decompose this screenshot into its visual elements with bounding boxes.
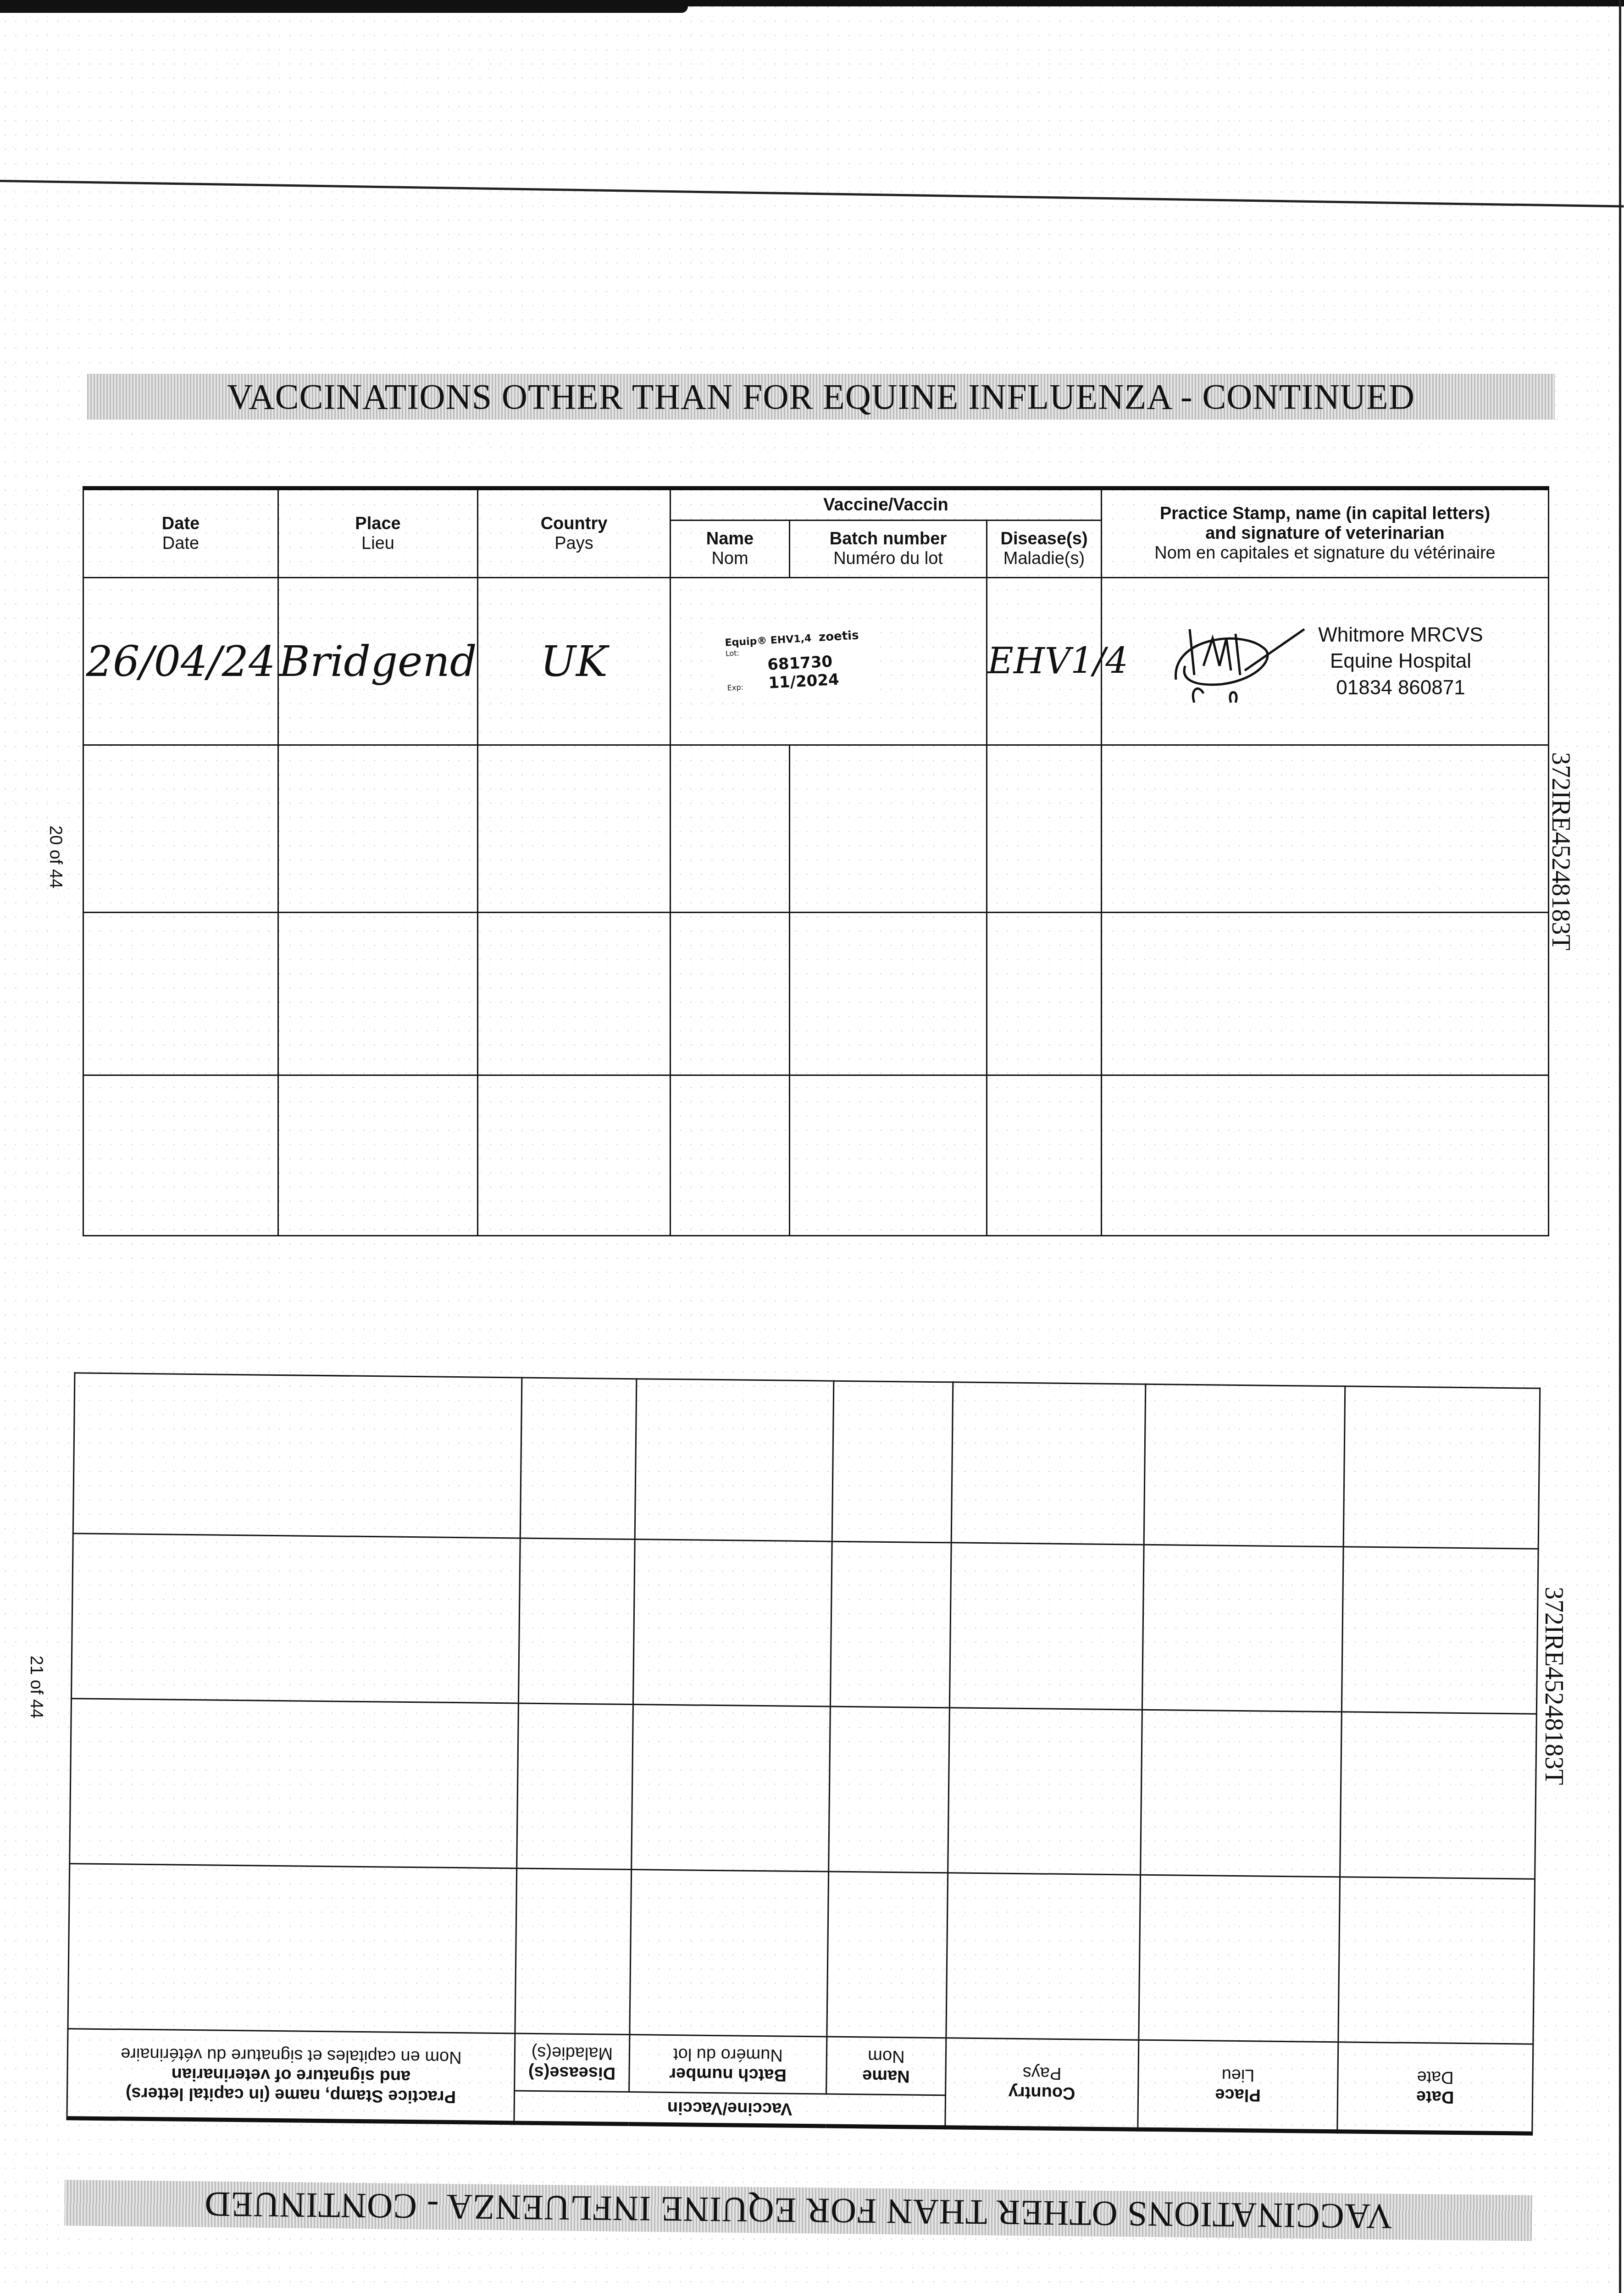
table-row-empty: [70, 1699, 1537, 1879]
vaccination-table-page-20: Date Date Place Lieu Country Pays Vaccin…: [83, 486, 1549, 1236]
header-batch: Batch number Numéro du lot: [629, 2035, 827, 2094]
page-number-top: 20 of 44: [45, 825, 65, 888]
cell-country: UK: [478, 578, 671, 745]
cell-date: 26/04/24: [83, 578, 278, 745]
table-row-empty: [83, 913, 1549, 1075]
page-fold-line: [0, 180, 1624, 208]
section-title-bottom: VACCINATIONS OTHER THAN FOR EQUINE INFLU…: [204, 2183, 1392, 2237]
header-name: Name Nom: [671, 521, 790, 578]
document-id-top: 372IRE45248183T: [1546, 752, 1575, 950]
section-title-band: VACCINATIONS OTHER THAN FOR EQUINE INFLU…: [87, 374, 1555, 420]
upside-down-page-21: VACCINATIONS OTHER THAN FOR EQUINE INFLU…: [46, 1336, 1559, 2246]
veterinarian-signature-icon: [1167, 611, 1314, 712]
header-batch: Batch number Numéro du lot: [790, 521, 987, 578]
header-disease: Disease(s) Maladie(s): [515, 2033, 630, 2092]
header-place: Place Lieu: [1138, 2040, 1338, 2132]
header-vaccine-group: Vaccine/Vaccin: [671, 488, 1102, 521]
header-disease: Disease(s) Maladie(s): [987, 521, 1102, 578]
header-name: Name Nom: [826, 2037, 946, 2095]
table-row-empty: [83, 745, 1549, 913]
cell-practice-stamp: Whitmore MRCVS Equine Hospital 01834 860…: [1102, 578, 1549, 745]
table-row-empty: [72, 1534, 1539, 1714]
page-number-bottom: 21 of 44: [26, 1656, 46, 1718]
table-row-empty: [68, 1864, 1535, 2044]
section-title: VACCINATIONS OTHER THAN FOR EQUINE INFLU…: [227, 376, 1415, 417]
vaccination-table-page-21: Date Date Place Lieu Country Pays Vaccin…: [66, 1372, 1541, 2135]
practice-stamp-text: Whitmore MRCVS Equine Hospital 01834 860…: [1318, 622, 1483, 701]
cell-place: Bridgend: [278, 578, 478, 745]
header-date: Date Date: [1337, 2042, 1533, 2133]
scan-edge-right: [1619, 0, 1621, 2293]
document-id-bottom: 372IRE45248183T: [1539, 1587, 1569, 1785]
cell-vaccine-sticker: Equip® EHV1,4zoetis Lot: 681730 Exp:11/2…: [671, 578, 987, 745]
table-row: 26/04/24 Bridgend UK Equip® EHV1,4zoetis…: [83, 578, 1549, 745]
cell-disease: EHV1/4: [987, 578, 1102, 745]
scan-edge-top: [0, 0, 1624, 6]
table-row-empty: [73, 1373, 1540, 1549]
header-practice: Practice Stamp, name (in capital letters…: [1102, 488, 1549, 578]
header-country: Country Pays: [945, 2038, 1139, 2129]
header-date: Date Date: [83, 488, 278, 578]
header-country: Country Pays: [478, 488, 671, 578]
vaccine-batch-sticker: Equip® EHV1,4zoetis Lot: 681730 Exp:11/2…: [710, 620, 876, 702]
header-place: Place Lieu: [278, 488, 478, 578]
header-vaccine-group: Vaccine/Vaccin: [514, 2091, 946, 2127]
header-practice: Practice Stamp, name (in capital letters…: [67, 2029, 515, 2123]
table-row-empty: [83, 1075, 1549, 1236]
scan-edge-shadow: [0, 6, 688, 13]
section-title-band-bottom: VACCINATIONS OTHER THAN FOR EQUINE INFLU…: [64, 2180, 1532, 2241]
